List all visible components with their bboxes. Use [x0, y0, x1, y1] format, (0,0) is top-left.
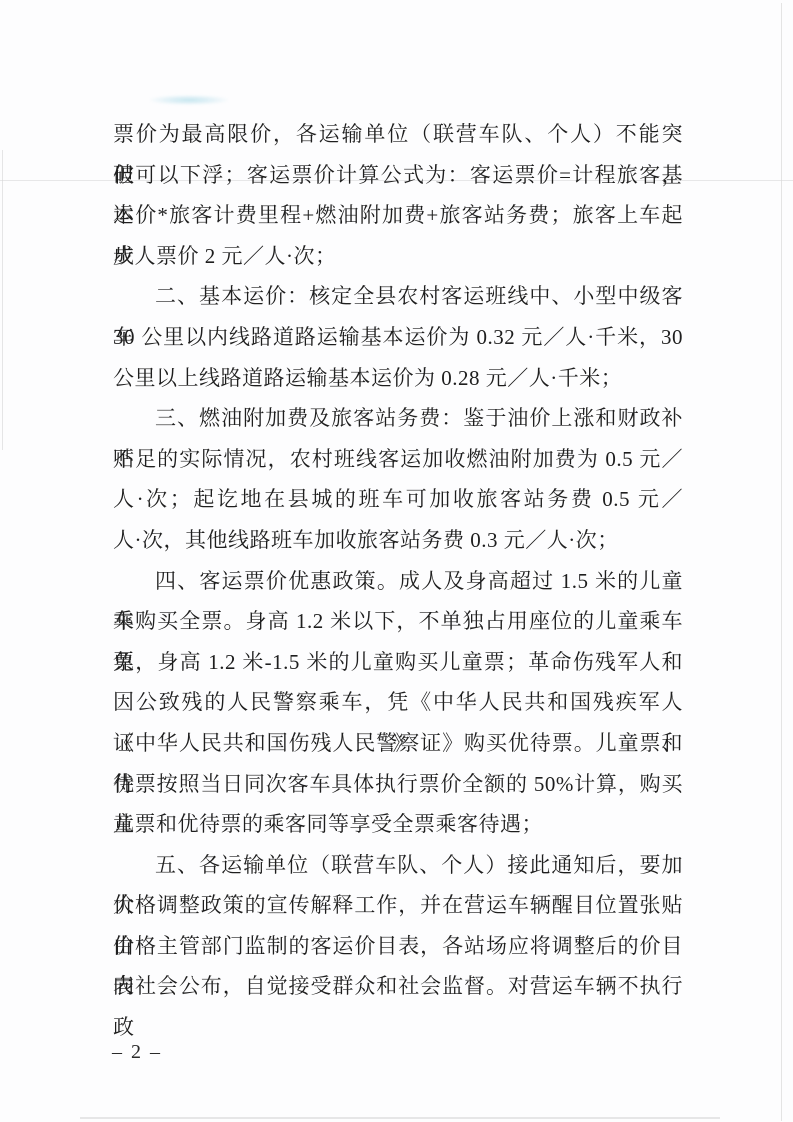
- text-line: 童票和优待票的乘客同等享受全票乘客待遇；: [113, 804, 683, 845]
- text-line: 车购买全票。身高 1.2 米以下，不单独占用座位的儿童乘车免: [113, 601, 683, 642]
- scan-edge-bottom: [80, 1117, 720, 1119]
- paragraph: 票价为最高限价，各运输单位（联营车队、个人）不能突破，但可以下浮；客运票价计算公…: [113, 114, 683, 276]
- text-line: 五、各运输单位（联营车队、个人）接此通知后，要加大: [113, 845, 683, 886]
- text-line: 人·次，其他线路班车加收旅客站务费 0.3 元／人·次；: [113, 520, 683, 561]
- text-line: 二、基本运价：核定全县农村客运班线中、小型中级客车: [113, 276, 683, 317]
- text-line: 四、客运票价优惠政策。成人及身高超过 1.5 米的儿童乘: [113, 561, 683, 602]
- text-line: 价格主管部门监制的客运价目表，各站场应将调整后的价目表: [113, 926, 683, 967]
- document-body: 票价为最高限价，各运输单位（联营车队、个人）不能突破，但可以下浮；客运票价计算公…: [113, 114, 683, 1007]
- text-line: 三、燃油附加费及旅客站务费：鉴于油价上涨和财政补贴: [113, 398, 683, 439]
- page-number: – 2 –: [112, 1041, 162, 1063]
- scan-line-right-edge: [781, 3, 782, 1121]
- text-line: 因公致残的人民警察乘车，凭《中华人民共和国残疾军人证》、: [113, 682, 683, 723]
- text-line: 票价为最高限价，各运输单位（联营车队、个人）不能突破，: [113, 114, 683, 155]
- text-line: 但可以下浮；客运票价计算公式为：客运票价=计程旅客基本: [113, 155, 683, 196]
- paragraph: 三、燃油附加费及旅客站务费：鉴于油价上涨和财政补贴不足的实际情况，农村班线客运加…: [113, 398, 683, 560]
- text-line: 价格调整政策的宣传解释工作，并在营运车辆醒目位置张贴由: [113, 885, 683, 926]
- text-line: 向社会公布，自觉接受群众和社会监督。对营运车辆不执行政: [113, 966, 683, 1007]
- paragraph: 五、各运输单位（联营车队、个人）接此通知后，要加大价格调整政策的宣传解释工作，并…: [113, 845, 683, 1007]
- text-line: 《中华人民共和国伤残人民警察证》购买优待票。儿童票和优: [113, 723, 683, 764]
- paragraph: 四、客运票价优惠政策。成人及身高超过 1.5 米的儿童乘车购买全票。身高 1.2…: [113, 561, 683, 845]
- text-line: 人·次；起讫地在县城的班车可加收旅客站务费 0.5 元／: [113, 479, 683, 520]
- text-line: 不足的实际情况，农村班线客运加收燃油附加费为 0.5 元／: [113, 439, 683, 480]
- text-line: 待票按照当日同次客车具体执行票价全额的 50%计算，购买儿: [113, 764, 683, 805]
- scanned-document-page: 票价为最高限价，各运输单位（联营车队、个人）不能突破，但可以下浮；客运票价计算公…: [0, 0, 793, 1122]
- text-line: 30 公里以内线路道路运输基本运价为 0.32 元／人·千米，30: [113, 317, 683, 358]
- scan-line-left-edge: [2, 150, 3, 450]
- scan-smudge-artifact: [150, 95, 228, 105]
- text-line: 公里以上线路道路运输基本运价为 0.28 元／人·千米；: [113, 358, 683, 399]
- paragraph: 二、基本运价：核定全县农村客运班线中、小型中级客车30 公里以内线路道路运输基本…: [113, 276, 683, 398]
- text-line: 票，身高 1.2 米-1.5 米的儿童购买儿童票；革命伤残军人和: [113, 642, 683, 683]
- text-line: 运价*旅客计费里程+燃油附加费+旅客站务费；旅客上车起步: [113, 195, 683, 236]
- text-line: 成人票价 2 元／人·次；: [113, 236, 683, 277]
